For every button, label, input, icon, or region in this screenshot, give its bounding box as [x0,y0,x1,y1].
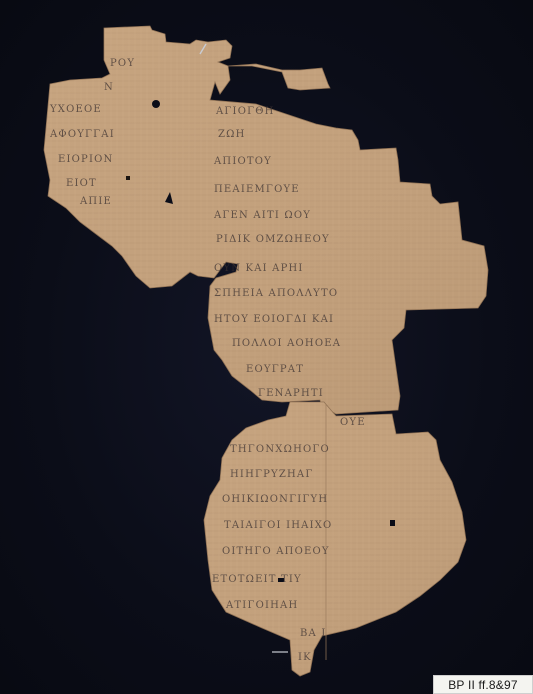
svg-text:ΤΑΙΑΙΓΟΙ ΙΗΑΙΧΟ: ΤΑΙΑΙΓΟΙ ΙΗΑΙΧΟ [224,520,332,531]
svg-text:ΟΙΤΗΓΟ ΑΠΟΕΟΥ: ΟΙΤΗΓΟ ΑΠΟΕΟΥ [222,546,330,557]
svg-text:ΖΩΗ: ΖΩΗ [218,129,246,140]
svg-text:ΠΟΛΛΟΙ ΑΟΗΟΕΑ: ΠΟΛΛΟΙ ΑΟΗΟΕΑ [232,338,341,349]
svg-text:ΑΦΟΥΓΓΑΙ: ΑΦΟΥΓΓΑΙ [49,129,115,140]
svg-text:ΑΤΙΓΟΙΗΑΗ: ΑΤΙΓΟΙΗΑΗ [225,600,298,611]
svg-text:ΑΠΙΕ: ΑΠΙΕ [79,196,112,207]
svg-text:ΡΙΔΙΚ ΟΜΖΩΗΕΟΥ: ΡΙΔΙΚ ΟΜΖΩΗΕΟΥ [216,234,330,245]
svg-text:ΣΠΗΕΙΑ ΑΠΟΛΛΥΤΟ: ΣΠΗΕΙΑ ΑΠΟΛΛΥΤΟ [214,288,338,299]
svg-text:ΑΓΕΝ ΑΙΤΙ ΩΟΥ: ΑΓΕΝ ΑΙΤΙ ΩΟΥ [213,210,311,221]
svg-text:ΤΗΓΟΝΧΩΗΟΓΟ: ΤΗΓΟΝΧΩΗΟΓΟ [230,444,330,455]
svg-text:ΟΥΝ ΚΑΙ ΑΡΗΙ: ΟΥΝ ΚΑΙ ΑΡΗΙ [214,263,304,274]
svg-text:ΗΤΟΥ ΕΟΙΟΓΔΙ ΚΑΙ: ΗΤΟΥ ΕΟΙΟΓΔΙ ΚΑΙ [214,314,334,325]
svg-text:ΑΠΙΟΤΟΥ: ΑΠΙΟΤΟΥ [213,156,272,167]
svg-text:ΓΕΝΑΡΗΤΙ: ΓΕΝΑΡΗΤΙ [258,388,324,399]
svg-text:ΗΙΗΓΡΥΖΗΑΓ: ΗΙΗΓΡΥΖΗΑΓ [230,469,314,480]
svg-text:ΕΙΟΤ: ΕΙΟΤ [66,178,97,189]
svg-text:ΡΟΥ: ΡΟΥ [110,58,135,69]
svg-text:ΟΥΕ: ΟΥΕ [340,417,366,428]
catalog-label: BP II ff.8&97 [433,675,533,694]
svg-text:ΠΕΑΙΕΜΓΟΥΕ: ΠΕΑΙΕΜΓΟΥΕ [214,184,300,195]
hole [152,100,160,108]
svg-text:ΙΚ: ΙΚ [298,652,312,663]
svg-text:ΑΓΙΟΓΘΗ: ΑΓΙΟΓΘΗ [215,106,275,117]
papyrus-fragment: ΡΟΥ Ν ΥΧΟΕΟΕ ΑΦΟΥΓΓΑΙ ΕΙΟΡΙΟΝ ΕΙΟΤ ΑΠΙΕ … [0,0,533,694]
svg-text:ΟΗΙΚΙΩΟΝΓΙΓΥΗ: ΟΗΙΚΙΩΟΝΓΙΓΥΗ [222,494,328,505]
svg-text:ΒΑ Ι: ΒΑ Ι [300,628,327,639]
svg-text:Ν: Ν [104,82,114,93]
svg-text:ΕΤΟΤΩΕΙΤ ΤΙΥ: ΕΤΟΤΩΕΙΤ ΤΙΥ [212,574,302,585]
svg-text:ΕΙΟΡΙΟΝ: ΕΙΟΡΙΟΝ [58,154,113,165]
svg-text:ΥΧΟΕΟΕ: ΥΧΟΕΟΕ [49,104,102,115]
svg-text:ΕΟΥΓΡΑΤ: ΕΟΥΓΡΑΤ [246,364,304,375]
